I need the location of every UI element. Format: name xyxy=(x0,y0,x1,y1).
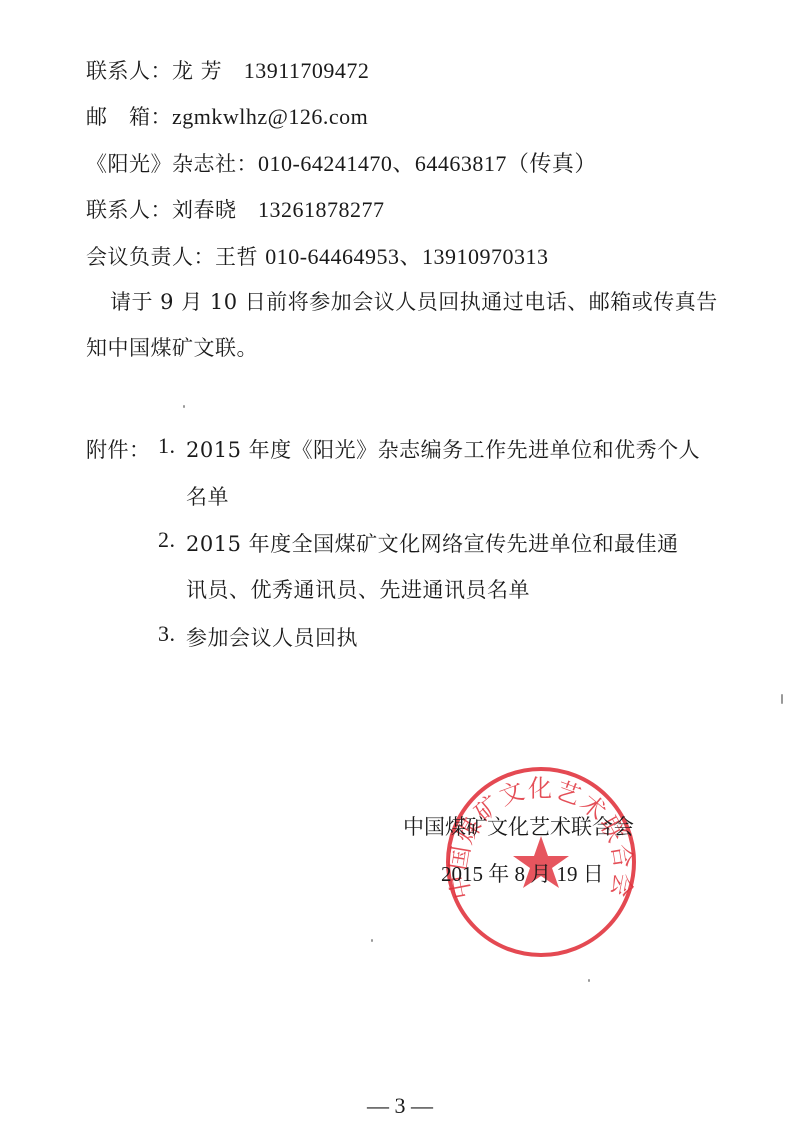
scan-speck xyxy=(781,694,783,704)
page-number: — 3 — xyxy=(0,1093,800,1119)
contact-1-phone: 13911709472 xyxy=(244,58,370,83)
scan-speck xyxy=(183,405,185,408)
contact-1-label: 联系人： xyxy=(86,59,172,83)
scan-speck xyxy=(371,939,373,942)
magazine-line: 《阳光》杂志社：010-64241470、64463817（传真） xyxy=(86,147,597,178)
attachment-1-num: 1. xyxy=(158,433,176,459)
notice-line-1: 请于 9 月 10 日前将参加会议人员回执通过电话、邮箱或传真告 xyxy=(110,286,718,316)
contact-1-line: 联系人：龙 芳 13911709472 xyxy=(86,55,369,85)
attachment-3-num: 3. xyxy=(158,621,176,647)
signature-date: 2015 年 8 月 19 日 xyxy=(441,858,604,888)
attachment-1-line-1: 2015 年度《阳光》杂志编务工作先进单位和优秀个人 xyxy=(186,434,700,464)
manager-line: 会议负责人：王哲 010-64464953、13910970313 xyxy=(86,240,549,271)
contact-2-phone: 13261878277 xyxy=(258,197,385,222)
scan-speck xyxy=(588,979,590,982)
contact-2-label: 联系人： xyxy=(86,198,172,222)
magazine-phone: 010-64241470、64463817（传真） xyxy=(258,151,597,176)
attachment-3-line-1: 参加会议人员回执 xyxy=(186,622,358,652)
attachment-2-line-1: 2015 年度全国煤矿文化网络宣传先进单位和最佳通 xyxy=(186,528,679,558)
email-label: 邮 箱： xyxy=(86,105,172,129)
attachments-label: 附件： xyxy=(86,434,151,464)
contact-1-name: 龙 芳 xyxy=(172,59,222,83)
notice-line-2: 知中国煤矿文联。 xyxy=(86,332,258,362)
manager-phone: 010-64464953、13910970313 xyxy=(265,244,548,269)
attachment-2-num: 2. xyxy=(158,527,176,553)
manager-name: 王哲 xyxy=(215,245,258,269)
contact-2-name: 刘春晓 xyxy=(172,198,237,222)
email-line: 邮 箱：zgmkwlhz@126.com xyxy=(86,101,368,131)
manager-label: 会议负责人： xyxy=(86,245,215,269)
magazine-label: 《阳光》杂志社： xyxy=(86,152,258,176)
attachment-1-line-2: 名单 xyxy=(186,481,229,511)
attachment-2-line-2: 讯员、优秀通讯员、先进通讯员名单 xyxy=(186,574,530,604)
contact-2-line: 联系人：刘春晓 13261878277 xyxy=(86,194,385,224)
signature-org: 中国煤矿文化艺术联合会 xyxy=(403,811,634,841)
email-value[interactable]: zgmkwlhz@126.com xyxy=(172,104,368,129)
